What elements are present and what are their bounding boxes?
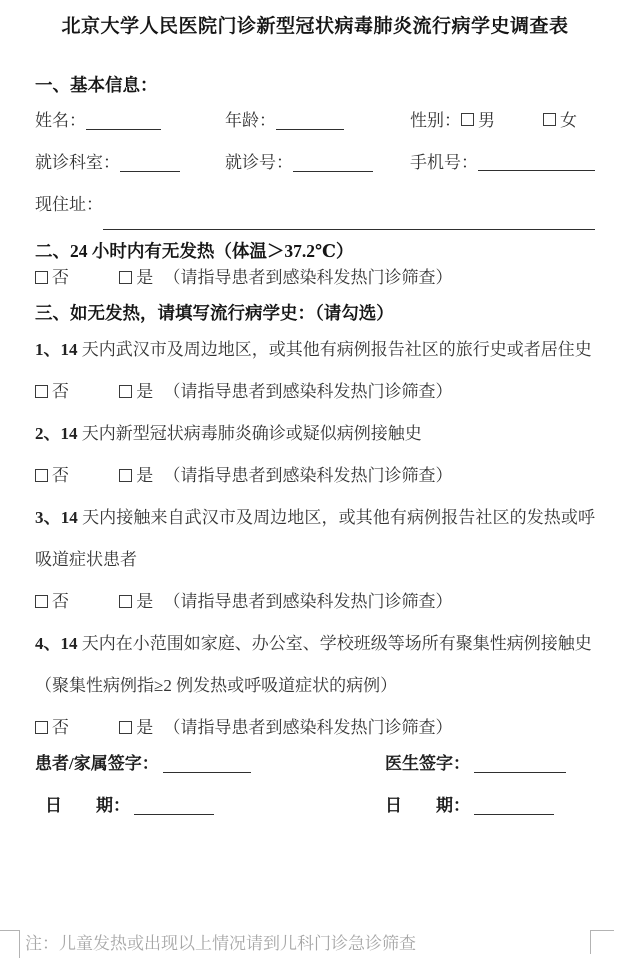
footer-note: 注：儿童发热或出现以上情况请到儿科门诊急诊筛查 [25,929,416,954]
q3-yes-label: 是 [136,592,153,611]
q4-yes-checkbox[interactable] [119,721,132,734]
page-corner-mark-right-horizontal [590,930,614,931]
patient-date-blank[interactable] [134,799,214,815]
doctor-date-field: 日 期： [385,791,554,816]
q3-yes-checkbox[interactable] [119,595,132,608]
phone-blank[interactable] [478,155,595,171]
department-field: 就诊科室： [35,148,225,173]
gender-female-checkbox[interactable] [543,113,556,126]
q2-no-checkbox[interactable] [35,469,48,482]
question-4-number: 4、14 [35,634,78,653]
question-3-number: 3、14 [35,508,78,527]
patient-date-field: 日 期： [35,791,385,816]
q4-yes-label: 是 [136,718,153,737]
q1-yes-checkbox[interactable] [119,385,132,398]
q4-no-checkbox[interactable] [35,721,48,734]
patient-signature-blank[interactable] [163,757,251,773]
page-corner-mark-left-vertical [19,930,20,958]
question-2: 2、14 天内新型冠状病毒肺炎确诊或疑似病例接触史 [35,413,595,455]
q2-no-label: 否 [52,466,69,485]
q1-no-checkbox[interactable] [35,385,48,398]
page-corner-mark-left-horizontal [0,930,19,931]
address-label: 现住址： [35,190,103,215]
fever-yes-label: 是 [136,268,153,287]
name-field: 姓名： [35,106,225,131]
address-field: 现住址： [35,190,595,232]
name-blank[interactable] [86,114,161,130]
fever-yes-checkbox[interactable] [119,271,132,284]
doctor-date-blank[interactable] [474,799,554,815]
fever-no-checkbox[interactable] [35,271,48,284]
question-2-options: 否 是 （请指导患者到感染科发热门诊筛查） [35,455,595,497]
epi-heading: 三、如无发热，请填写流行病学史：（请勾选） [35,300,595,326]
fever-no-label: 否 [52,268,69,287]
doctor-signature-label: 医生签字： [385,754,470,773]
q3-no-label: 否 [52,592,69,611]
visit-no-label: 就诊号： [225,153,293,172]
visit-no-field: 就诊号： [225,148,410,173]
age-blank[interactable] [276,114,344,130]
question-4-options: 否 是 （请指导患者到感染科发热门诊筛查） [35,707,595,749]
q1-no-label: 否 [52,382,69,401]
q2-yes-checkbox[interactable] [119,469,132,482]
signature-row: 患者/家属签字： 医生签字： [35,749,595,791]
basic-info-section: 姓名： 年龄： 性别： 男 女 就诊科室： 就诊号： 手机号： 现住址： [35,106,595,232]
gender-female-label: 女 [560,106,577,131]
q4-no-label: 否 [52,718,69,737]
question-4-note: （聚集性病例指≥2 例发热或呼吸道症状的病例） [35,665,595,707]
fever-heading: 二、24 小时内有无发热（体温＞37.2℃） [35,238,595,264]
question-4-text: 天内在小范围如家庭、办公室、学校班级等场所有聚集性病例接触史 [82,634,592,653]
question-1-options: 否 是 （请指导患者到感染科发热门诊筛查） [35,371,595,413]
doctor-signature-blank[interactable] [474,757,566,773]
q1-yes-label: 是 [136,382,153,401]
gender-male-label: 男 [478,106,495,131]
question-1-text: 天内武汉市及周边地区，或其他有病例报告社区的旅行史或者居住史 [82,340,592,359]
info-row-1: 姓名： 年龄： 性别： 男 女 [35,106,595,148]
form-title: 北京大学人民医院门诊新型冠状病毒肺炎流行病学史调查表 [35,14,595,40]
patient-date-label: 日 期： [45,796,130,815]
page-corner-mark-right-vertical [590,930,591,954]
visit-no-blank[interactable] [293,156,373,172]
basic-info-heading: 一、基本信息： [35,72,595,98]
gender-label: 性别： [410,106,461,131]
age-label: 年龄： [225,111,276,130]
patient-signature-field: 患者/家属签字： [35,749,385,774]
department-label: 就诊科室： [35,153,120,172]
name-label: 姓名： [35,111,86,130]
q2-yes-label: 是 [136,466,153,485]
q2-yes-note: （请指导患者到感染科发热门诊筛查） [164,466,453,485]
age-field: 年龄： [225,106,410,131]
question-3: 3、14 天内接触来自武汉市及周边地区，或其他有病例报告社区的发热或呼吸道症状患… [35,497,595,581]
fever-yes-note: （请指导患者到感染科发热门诊筛查） [164,268,453,287]
date-row: 日 期： 日 期： [35,791,595,833]
question-1-number: 1、14 [35,340,78,359]
phone-label: 手机号： [410,148,478,173]
gender-field: 性别： 男 女 [410,106,595,131]
question-4: 4、14 天内在小范围如家庭、办公室、学校班级等场所有聚集性病例接触史 [35,623,595,665]
question-1: 1、14 天内武汉市及周边地区，或其他有病例报告社区的旅行史或者居住史 [35,329,595,371]
question-3-text: 天内接触来自武汉市及周边地区，或其他有病例报告社区的发热或呼吸道症状患者 [35,508,595,569]
patient-signature-label: 患者/家属签字： [35,754,159,773]
document-page: 北京大学人民医院门诊新型冠状病毒肺炎流行病学史调查表 一、基本信息： 姓名： 年… [0,0,628,958]
q4-yes-note: （请指导患者到感染科发热门诊筛查） [164,718,453,737]
q1-yes-note: （请指导患者到感染科发热门诊筛查） [164,382,453,401]
phone-field: 手机号： [410,148,595,173]
question-2-text: 天内新型冠状病毒肺炎确诊或疑似病例接触史 [82,424,422,443]
question-2-number: 2、14 [35,424,78,443]
fever-options-row: 否 是 （请指导患者到感染科发热门诊筛查） [35,264,595,291]
doctor-signature-field: 医生签字： [385,749,566,774]
epi-questions: 1、14 天内武汉市及周边地区，或其他有病例报告社区的旅行史或者居住史 否 是 … [35,329,595,749]
department-blank[interactable] [120,156,180,172]
gender-male-checkbox[interactable] [461,113,474,126]
info-row-2: 就诊科室： 就诊号： 手机号： [35,148,595,190]
q3-no-checkbox[interactable] [35,595,48,608]
question-3-options: 否 是 （请指导患者到感染科发热门诊筛查） [35,581,595,623]
doctor-date-label: 日 期： [385,796,470,815]
address-blank[interactable] [103,214,595,230]
q3-yes-note: （请指导患者到感染科发热门诊筛查） [164,592,453,611]
